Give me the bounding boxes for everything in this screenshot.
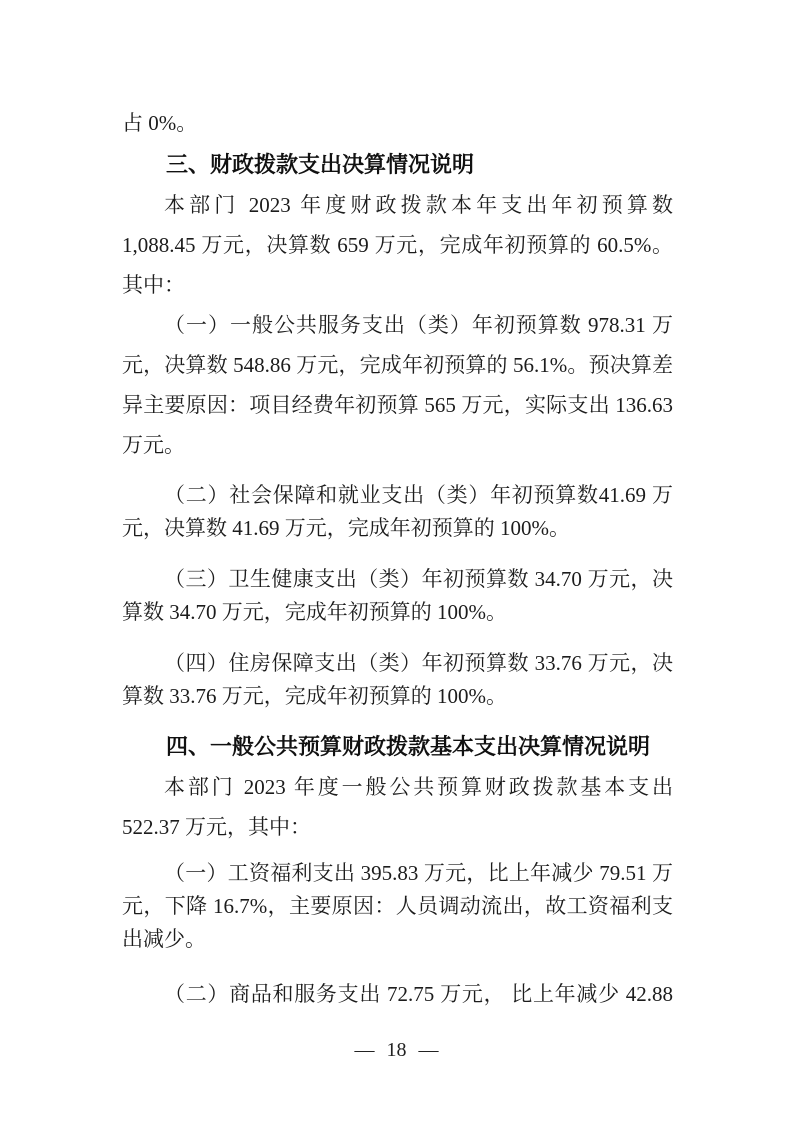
text-line: 万元。 [122, 425, 673, 465]
page-footer: — 18 — [0, 1038, 793, 1062]
document-content: 占 0%。三、财政拨款支出决算情况说明本部门 2023 年度财政拨款本年支出年初… [122, 0, 673, 1011]
paragraph: （三）卫生健康支出（类）年初预算数 34.70 万元，决算数 34.70 万元，… [122, 563, 673, 629]
paragraph: （二）商品和服务支出 72.75 万元， 比上年减少 42.88 [122, 978, 673, 1011]
section-heading: 四、一般公共预算财政拨款基本支出决算情况说明 [122, 727, 673, 767]
text-line: 其中： [122, 265, 673, 305]
footer-dash-left: — [355, 1038, 375, 1062]
text-line: 出减少。 [122, 923, 673, 956]
text-line: 522.37 万元，其中： [122, 807, 673, 847]
text-line: 算数 34.70 万元，完成年初预算的 100%。 [122, 596, 673, 629]
text-line: （二）社会保障和就业支出（类）年初预算数41.69 万 [122, 479, 673, 512]
text-line: 元，决算数 548.86 万元，完成年初预算的 56.1%。预决算差 [122, 345, 673, 385]
text-line: （四）住房保障支出（类）年初预算数 33.76 万元，决 [122, 647, 673, 680]
footer-dash-right: — [419, 1038, 439, 1062]
section-heading: 三、财政拨款支出决算情况说明 [122, 145, 673, 185]
text-line: 本部门 2023 年度财政拨款本年支出年初预算数 [122, 185, 673, 225]
paragraph: （一）工资福利支出 395.83 万元，比上年减少 79.51 万元，下降 16… [122, 857, 673, 956]
paragraph: 本部门 2023 年度一般公共预算财政拨款基本支出522.37 万元，其中： [122, 767, 673, 847]
text-line: 本部门 2023 年度一般公共预算财政拨款基本支出 [122, 767, 673, 807]
document-page: 占 0%。三、财政拨款支出决算情况说明本部门 2023 年度财政拨款本年支出年初… [0, 0, 793, 1122]
text-line: （一）工资福利支出 395.83 万元，比上年减少 79.51 万 [122, 857, 673, 890]
paragraph: （二）社会保障和就业支出（类）年初预算数41.69 万元，决算数 41.69 万… [122, 479, 673, 545]
text-line: （一）一般公共服务支出（类）年初预算数 978.31 万 [122, 305, 673, 345]
paragraph: （四）住房保障支出（类）年初预算数 33.76 万元，决算数 33.76 万元，… [122, 647, 673, 713]
text-line: 1,088.45 万元，决算数 659 万元，完成年初预算的 60.5%。 [122, 225, 673, 265]
text-line: 占 0%。 [122, 103, 673, 143]
text-line: （三）卫生健康支出（类）年初预算数 34.70 万元，决 [122, 563, 673, 596]
text-line: 四、一般公共预算财政拨款基本支出决算情况说明 [122, 727, 673, 767]
paragraph: 占 0%。 [122, 103, 673, 143]
text-line: 异主要原因：项目经费年初预算 565 万元，实际支出 136.63 [122, 385, 673, 425]
text-line: 算数 33.76 万元，完成年初预算的 100%。 [122, 680, 673, 713]
text-line: 元，决算数 41.69 万元，完成年初预算的 100%。 [122, 512, 673, 545]
paragraph: （一）一般公共服务支出（类）年初预算数 978.31 万元，决算数 548.86… [122, 305, 673, 465]
text-line: （二）商品和服务支出 72.75 万元， 比上年减少 42.88 [122, 978, 673, 1011]
page-number: 18 [387, 1038, 407, 1062]
text-line: 三、财政拨款支出决算情况说明 [122, 145, 673, 185]
text-line: 元，下降 16.7%，主要原因：人员调动流出，故工资福利支 [122, 890, 673, 923]
paragraph: 本部门 2023 年度财政拨款本年支出年初预算数1,088.45 万元，决算数 … [122, 185, 673, 305]
